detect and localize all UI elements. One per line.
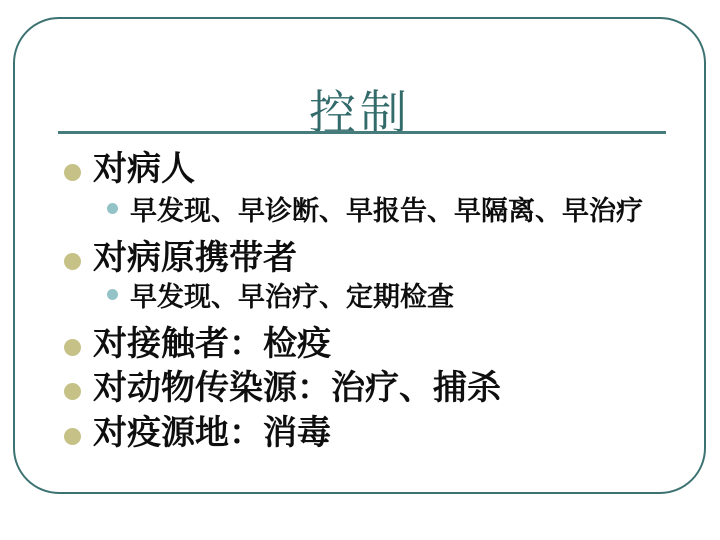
bullet-text: 对动物传染源：治疗、捕杀 [93, 369, 501, 408]
bullet-text: 对病人 [93, 150, 195, 189]
level1-bullet-icon [64, 428, 81, 445]
bullet-item-patients: 对病人 [58, 150, 698, 189]
level1-bullet-icon [64, 253, 81, 270]
level2-bullet-icon [107, 203, 118, 214]
level1-bullet-icon [64, 383, 81, 400]
bullet-text: 早发现、早治疗、定期检查 [130, 282, 454, 313]
bullet-subitem-carriers-measures: 早发现、早治疗、定期检查 [58, 282, 698, 313]
bullet-item-contacts: 对接触者：检疫 [58, 325, 698, 364]
bullet-text: 对疫源地：消毒 [93, 414, 331, 453]
bullet-item-carriers: 对病原携带者 [58, 239, 698, 278]
bullet-item-animal-sources: 对动物传染源：治疗、捕杀 [58, 369, 698, 408]
bullet-text: 早发现、早诊断、早报告、早隔离、早治疗 [130, 196, 643, 227]
bullet-subitem-patients-measures: 早发现、早诊断、早报告、早隔离、早治疗 [58, 196, 698, 227]
bullet-text: 对病原携带者 [93, 239, 297, 278]
bullet-item-epidemic-areas: 对疫源地：消毒 [58, 414, 698, 453]
level1-bullet-icon [64, 164, 81, 181]
bullet-text: 对接触者：检疫 [93, 325, 331, 364]
level2-bullet-icon [107, 289, 118, 300]
level1-bullet-icon [64, 339, 81, 356]
slide-canvas: 控制 对病人 早发现、早诊断、早报告、早隔离、早治疗 对病原携带者 早发现、早治… [0, 0, 720, 540]
title-underline-rule [58, 131, 666, 134]
